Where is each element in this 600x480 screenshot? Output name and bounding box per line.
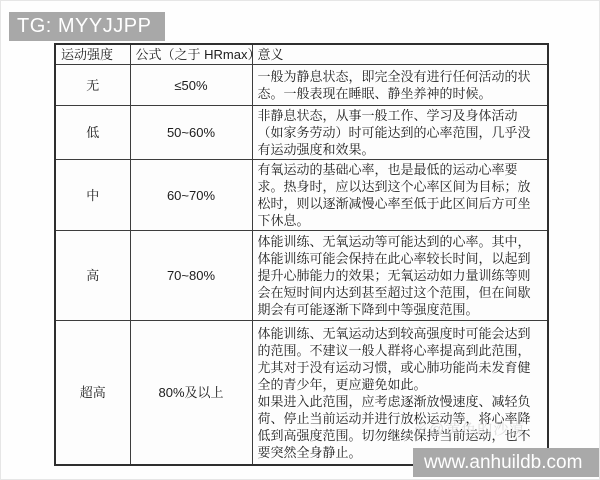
intensity-level-cell: 无 [55, 65, 130, 106]
header-meaning: 意义 [252, 44, 548, 65]
table-row-low: 低 50~60% 非静息状态，从事一般工作、学习及身体活动（如家务劳动）时可能达… [55, 106, 548, 160]
intensity-level-cell: 高 [55, 231, 130, 321]
formula-cell: 70~80% [130, 231, 252, 321]
intensity-level-cell: 中 [55, 160, 130, 231]
faint-photo-watermark: ※@黄色的沙漠 [413, 418, 525, 439]
screenshot-page: TG: MYYJJPP 运动强度 公式（之于 HRmax） 意义 无 ≤50% … [0, 0, 600, 480]
table-row-very-high: 超高 80%及以上 体能训练、无氧运动达到较高强度时可能会达到的范围。不建议一般… [55, 321, 548, 466]
formula-cell: 80%及以上 [130, 321, 252, 466]
site-watermark-bar: www.anhuildb.com [413, 448, 600, 477]
formula-cell: ≤50% [130, 65, 252, 106]
formula-cell: 50~60% [130, 106, 252, 160]
table-row-high: 高 70~80% 体能训练、无氧运动等可能达到的心率。其中，体能训练可能会保持在… [55, 231, 548, 321]
table-row-medium: 中 60~70% 有氧运动的基础心率，也是最低的运动心率要求。热身时，应以达到这… [55, 160, 548, 231]
intensity-level-cell: 超高 [55, 321, 130, 466]
header-intensity: 运动强度 [55, 44, 130, 65]
intensity-level-cell: 低 [55, 106, 130, 160]
header-formula: 公式（之于 HRmax） [130, 44, 252, 65]
meaning-cell: 一般为静息状态，即完全没有进行任何活动的状态。一般表现在睡眠、静坐养神的时候。 [252, 65, 548, 106]
meaning-cell: 体能训练、无氧运动达到较高强度时可能会达到的范围。不建议一般人群将心率提高到此范… [252, 321, 548, 466]
meaning-cell: 非静息状态，从事一般工作、学习及身体活动（如家务劳动）时可能达到的心率范围，几乎… [252, 106, 548, 160]
meaning-cell: 体能训练、无氧运动等可能达到的心率。其中，体能训练可能会保持在此心率较长时间，以… [252, 231, 548, 321]
meaning-cell: 有氧运动的基础心率，也是最低的运动心率要求。热身时，应以达到这个心率区间为目标；… [252, 160, 548, 231]
heart-rate-intensity-table: 运动强度 公式（之于 HRmax） 意义 无 ≤50% 一般为静息状态，即完全没… [54, 43, 549, 466]
tg-tag-badge: TG: MYYJJPP [9, 12, 165, 41]
formula-cell: 60~70% [130, 160, 252, 231]
table-row-none: 无 ≤50% 一般为静息状态，即完全没有进行任何活动的状态。一般表现在睡眠、静坐… [55, 65, 548, 106]
table-header-row: 运动强度 公式（之于 HRmax） 意义 [55, 44, 548, 65]
